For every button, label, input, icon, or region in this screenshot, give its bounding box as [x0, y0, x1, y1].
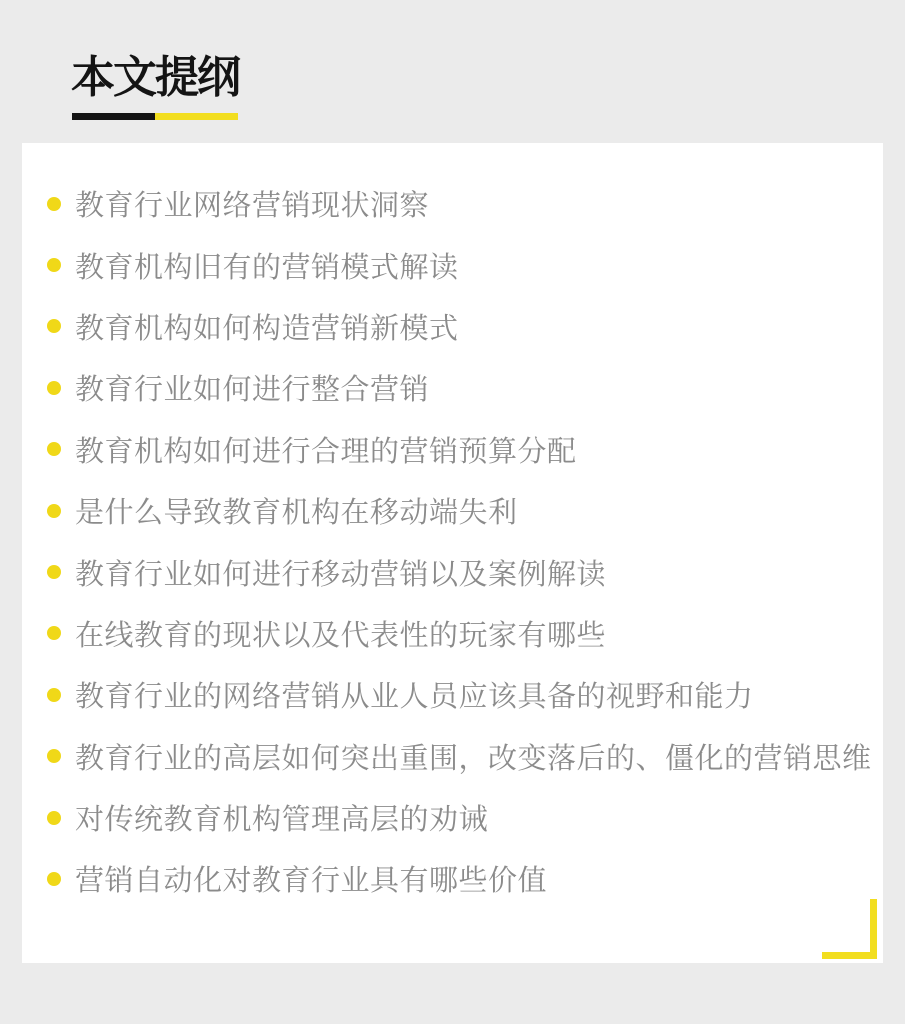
underline-yellow-segment	[155, 113, 238, 120]
list-item-text: 是什么导致教育机构在移动端失利	[75, 490, 518, 531]
list-item: 教育行业的网络营销从业人员应该具备的视野和能力	[22, 664, 883, 725]
list-item: 教育行业如何进行移动营销以及案例解读	[22, 541, 883, 602]
bullet-icon	[47, 258, 61, 272]
list-item: 在线教育的现状以及代表性的玩家有哪些	[22, 603, 883, 664]
bullet-icon	[47, 688, 61, 702]
bullet-icon	[47, 381, 61, 395]
bullet-icon	[47, 626, 61, 640]
list-item-text: 教育行业如何进行整合营销	[75, 367, 429, 408]
title-underline	[72, 113, 238, 120]
page-background: { "page": { "title": "本文提纲", "background…	[0, 0, 905, 1024]
list-item: 教育行业如何进行整合营销	[22, 357, 883, 418]
bullet-icon	[47, 197, 61, 211]
list-item-text: 教育行业的网络营销从业人员应该具备的视野和能力	[75, 674, 754, 715]
page-title: 本文提纲	[71, 54, 239, 102]
list-item-text: 教育机构如何构造营销新模式	[75, 306, 459, 347]
list-item: 教育行业的高层如何突出重围，改变落后的、僵化的营销思维	[22, 726, 883, 787]
list-item-text: 在线教育的现状以及代表性的玩家有哪些	[75, 613, 606, 654]
list-item: 对传统教育机构管理高层的劝诫	[22, 787, 883, 848]
list-item-text: 教育机构旧有的营销模式解读	[75, 245, 459, 286]
list-item: 教育机构旧有的营销模式解读	[22, 234, 883, 295]
corner-bracket-decoration	[822, 899, 877, 959]
list-item-text: 教育行业网络营销现状洞察	[75, 183, 429, 224]
list-item-text: 教育机构如何进行合理的营销预算分配	[75, 429, 577, 470]
list-item: 营销自动化对教育行业具有哪些价值	[22, 848, 883, 909]
bullet-icon	[47, 565, 61, 579]
list-item-text: 营销自动化对教育行业具有哪些价值	[75, 858, 547, 899]
outline-card: 教育行业网络营销现状洞察 教育机构旧有的营销模式解读 教育机构如何构造营销新模式…	[22, 143, 883, 963]
bullet-icon	[47, 749, 61, 763]
bullet-icon	[47, 442, 61, 456]
underline-black-segment	[72, 113, 155, 120]
list-item: 教育机构如何构造营销新模式	[22, 296, 883, 357]
list-item-text: 对传统教育机构管理高层的劝诫	[75, 797, 488, 838]
bullet-icon	[47, 872, 61, 886]
list-item: 是什么导致教育机构在移动端失利	[22, 480, 883, 541]
list-item-text: 教育行业如何进行移动营销以及案例解读	[75, 552, 606, 593]
bullet-icon	[47, 504, 61, 518]
list-item-text: 教育行业的高层如何突出重围，改变落后的、僵化的营销思维	[75, 736, 872, 777]
outline-list: 教育行业网络营销现状洞察 教育机构旧有的营销模式解读 教育机构如何构造营销新模式…	[22, 143, 883, 910]
bullet-icon	[47, 811, 61, 825]
list-item: 教育机构如何进行合理的营销预算分配	[22, 419, 883, 480]
list-item: 教育行业网络营销现状洞察	[22, 173, 883, 234]
bullet-icon	[47, 319, 61, 333]
